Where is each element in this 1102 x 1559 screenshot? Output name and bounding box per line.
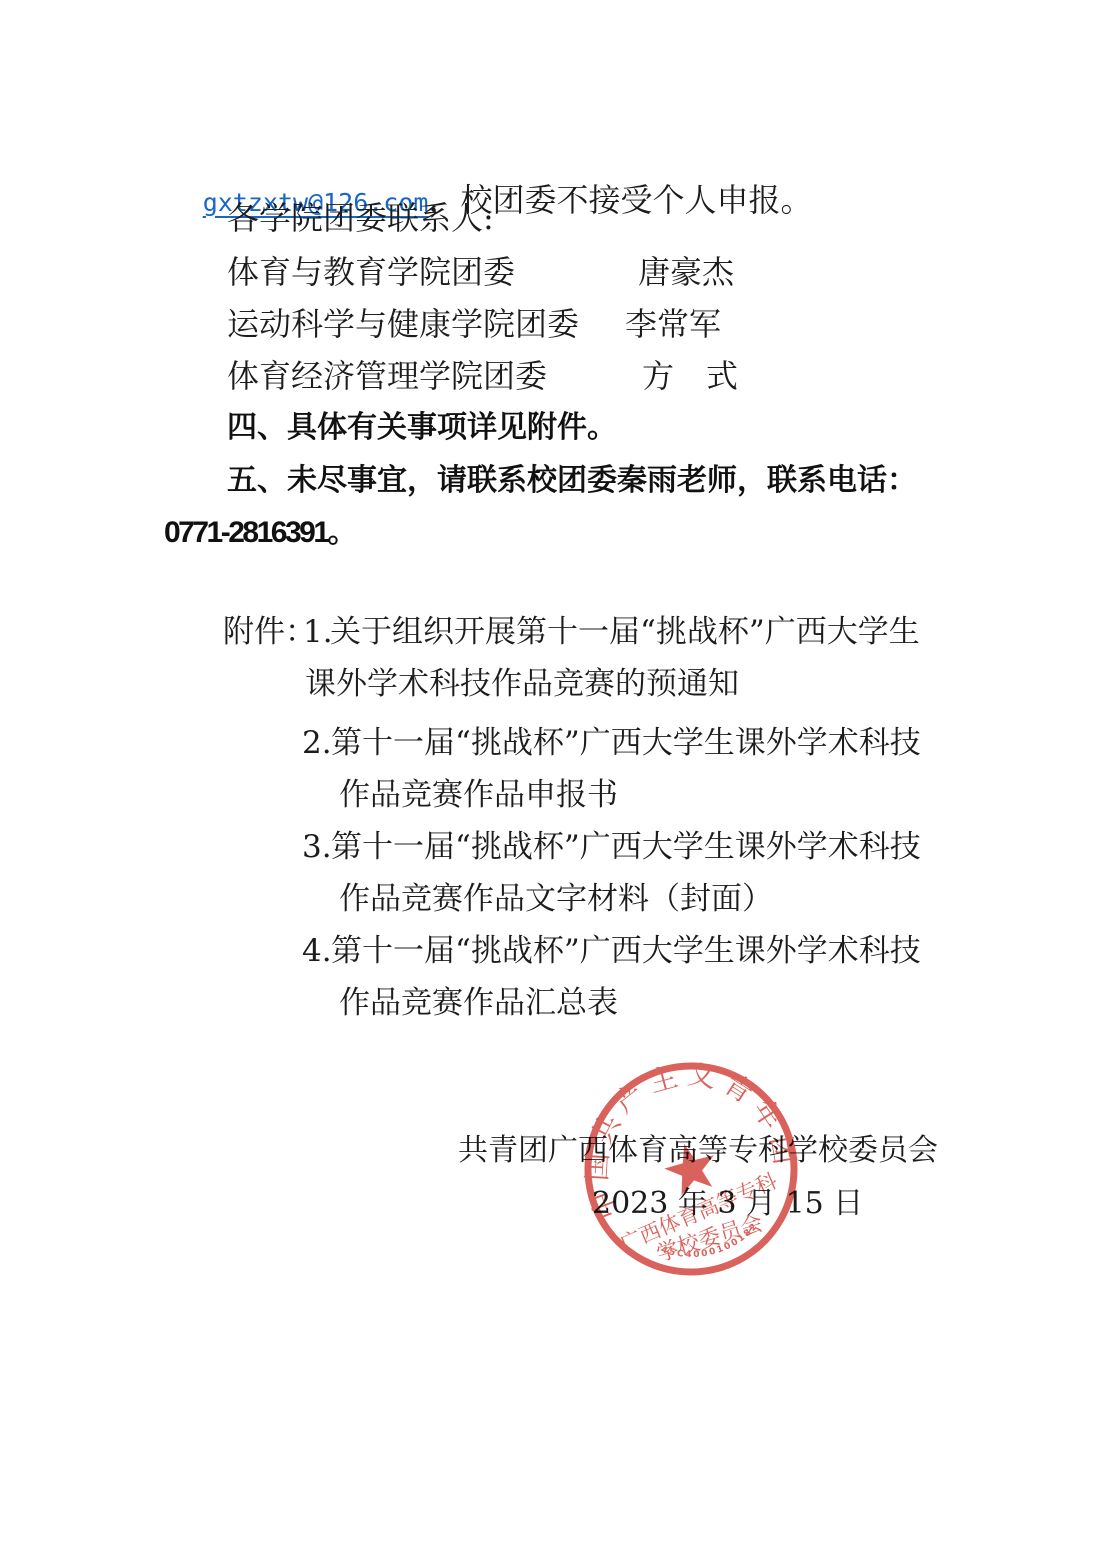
seal-code: 45C4000100182 xyxy=(658,1219,766,1270)
attachment-title-line: 关于组织开展第十一届“挑战杯”广西大学生 xyxy=(330,615,920,651)
signature-date: 2023 年 3 月 15 日 xyxy=(592,1187,863,1222)
attachment-number: 3. xyxy=(302,830,332,866)
attachment-number: 1. xyxy=(303,615,333,651)
contact-org: 运动科学与健康学院团委 xyxy=(227,306,579,343)
attachment-title-line: 第十一届“挑战杯”广西大学生课外学术科技 xyxy=(331,726,921,762)
attachment-number: 4. xyxy=(302,934,332,970)
contacts-heading: 各学院团委联系人: xyxy=(227,200,494,237)
contact-name: 唐豪杰 xyxy=(638,254,734,291)
attachment-number: 2. xyxy=(302,726,332,762)
attachment-title-line: 作品竞赛作品汇总表 xyxy=(339,986,618,1022)
contact-org: 体育经济管理学院团委 xyxy=(227,358,547,395)
contact-org: 体育与教育学院团委 xyxy=(227,254,515,291)
attachment-title-line: 第十一届“挑战杯”广西大学生课外学术科技 xyxy=(331,830,921,866)
section-four-heading: 四、具体有关事项详见附件。 xyxy=(227,411,617,446)
attachment-title-line: 第十一届“挑战杯”广西大学生课外学术科技 xyxy=(331,934,921,970)
attachment-title-line: 作品竞赛作品文字材料（封面） xyxy=(339,882,773,918)
phone-number: 0771-2816391。 xyxy=(164,516,355,551)
attachment-title-line: 作品竞赛作品申报书 xyxy=(339,778,618,814)
attachment-title-line: 课外学术科技作品竞赛的预通知 xyxy=(305,667,739,703)
contact-name: 李常军 xyxy=(625,306,721,343)
section-five-heading: 五、未尽事宜，请联系校团委秦雨老师，联系电话： xyxy=(227,464,917,499)
signature-org: 共青团广西体育高等专科学校委员会 xyxy=(458,1134,938,1169)
seal-border-circle xyxy=(565,1043,817,1295)
contact-name: 方 式 xyxy=(642,358,738,395)
document-page: gxtzxtw@126.com，校团委不接受个人申报。 各学院团委联系人: 体育… xyxy=(0,0,1102,1559)
